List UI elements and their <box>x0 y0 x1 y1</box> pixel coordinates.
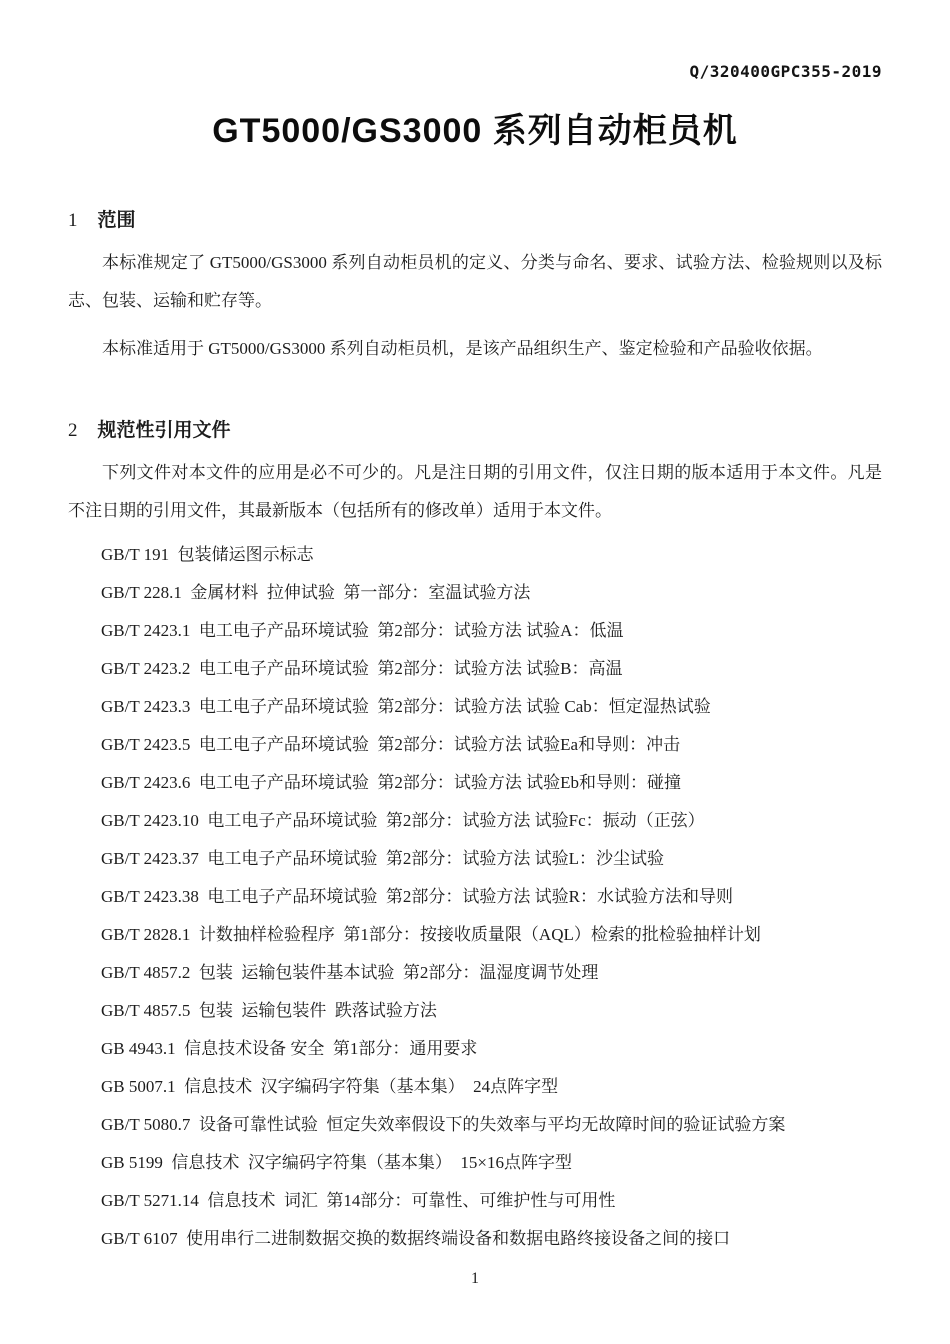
reference-item: GB/T 2423.1 电工电子产品环境试验 第2部分：试验方法 试验A：低温 <box>101 612 882 650</box>
reference-item: GB/T 228.1 金属材料 拉伸试验 第一部分：室温试验方法 <box>101 574 882 612</box>
section-2-title: 规范性引用文件 <box>98 418 231 444</box>
reference-item: GB/T 2423.38 电工电子产品环境试验 第2部分：试验方法 试验R：水试… <box>101 878 882 916</box>
reference-item: GB/T 2423.37 电工电子产品环境试验 第2部分：试验方法 试验L：沙尘… <box>101 840 882 878</box>
section-1-title: 范围 <box>98 208 136 234</box>
reference-item: GB/T 5080.7 设备可靠性试验 恒定失效率假设下的失效率与平均无故障时间… <box>101 1106 882 1144</box>
reference-item: GB 5199 信息技术 汉字编码字符集（基本集） 15×16点阵字型 <box>101 1144 882 1182</box>
reference-item: GB 4943.1 信息技术设备 安全 第1部分：通用要求 <box>101 1030 882 1068</box>
reference-item: GB 5007.1 信息技术 汉字编码字符集（基本集） 24点阵字型 <box>101 1068 882 1106</box>
reference-item: GB/T 6107 使用串行二进制数据交换的数据终端设备和数据电路终接设备之间的… <box>101 1220 882 1258</box>
reference-item: GB/T 2828.1 计数抽样检验程序 第1部分：按接收质量限（AQL）检索的… <box>101 916 882 954</box>
page-number: 1 <box>0 1270 950 1288</box>
section-1-paragraph: 本标准适用于 GT5000/GS3000 系列自动柜员机，是该产品组织生产、鉴定… <box>68 330 882 368</box>
section-1-paragraph: 本标准规定了 GT5000/GS3000 系列自动柜员机的定义、分类与命名、要求… <box>68 244 882 320</box>
document-title: GT5000/GS3000 系列自动柜员机 <box>68 103 882 152</box>
reference-item: GB/T 191 包装储运图示标志 <box>101 536 882 574</box>
reference-item: GB/T 2423.2 电工电子产品环境试验 第2部分：试验方法 试验B：高温 <box>101 650 882 688</box>
normative-references-list: GB/T 191 包装储运图示标志 GB/T 228.1 金属材料 拉伸试验 第… <box>68 536 882 1258</box>
document-page: Q/320400GPC355-2019 GT5000/GS3000 系列自动柜员… <box>0 0 950 1344</box>
reference-item: GB/T 2423.6 电工电子产品环境试验 第2部分：试验方法 试验Eb和导则… <box>101 764 882 802</box>
section-2-paragraph: 下列文件对本文件的应用是必不可少的。凡是注日期的引用文件，仅注日期的版本适用于本… <box>68 454 882 530</box>
section-2-heading: 2 规范性引用文件 <box>68 418 882 444</box>
reference-item: GB/T 2423.10 电工电子产品环境试验 第2部分：试验方法 试验Fc：振… <box>101 802 882 840</box>
reference-item: GB/T 2423.3 电工电子产品环境试验 第2部分：试验方法 试验 Cab：… <box>101 688 882 726</box>
section-1-number: 1 <box>68 208 78 234</box>
section-2-number: 2 <box>68 418 78 444</box>
reference-item: GB/T 4857.2 包装 运输包装件基本试验 第2部分：温湿度调节处理 <box>101 954 882 992</box>
reference-item: GB/T 5271.14 信息技术 词汇 第14部分：可靠性、可维护性与可用性 <box>101 1182 882 1220</box>
section-1-heading: 1 范围 <box>68 208 882 234</box>
standard-code: Q/320400GPC355-2019 <box>68 62 882 81</box>
reference-item: GB/T 4857.5 包装 运输包装件 跌落试验方法 <box>101 992 882 1030</box>
reference-item: GB/T 2423.5 电工电子产品环境试验 第2部分：试验方法 试验Ea和导则… <box>101 726 882 764</box>
